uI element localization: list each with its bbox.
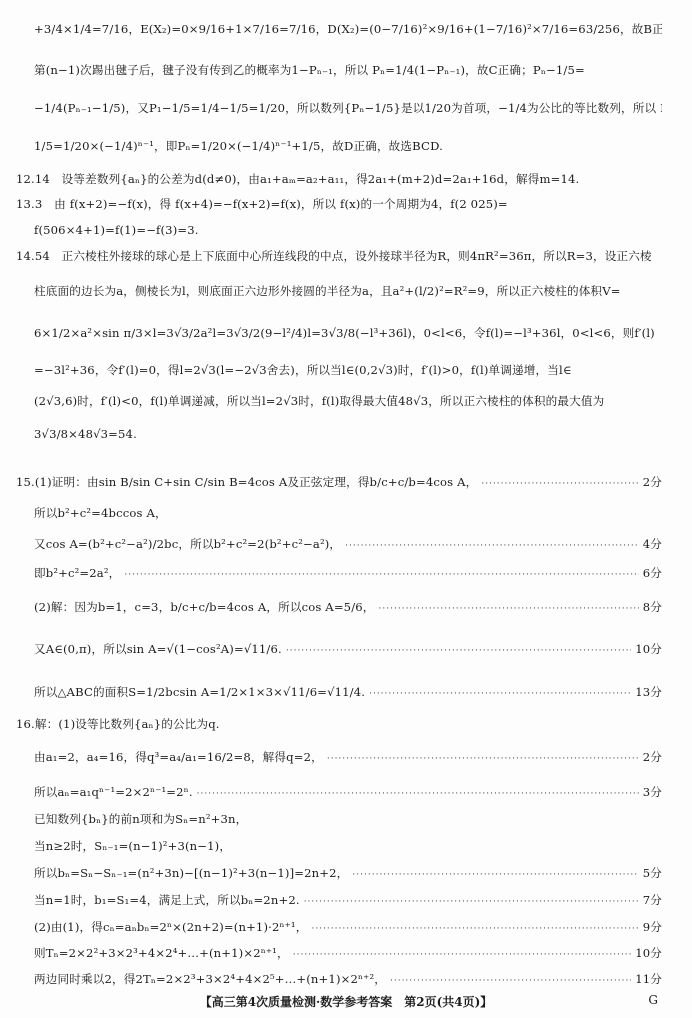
solution-line: 6×1/2×a²×sin π/3×l=3√3/2a²l=3√3/2(9−l²/4… bbox=[34, 326, 662, 340]
step-text: 16.解：(1)设等比数列{aₙ}的公比为q. bbox=[16, 717, 220, 731]
dot-leader bbox=[327, 752, 639, 766]
scored-line: 又A∈(0,π)，所以sin A=√(1−cos²A)=√11/6.10分 bbox=[34, 642, 662, 658]
step-text: 又cos A=(b²+c²−a²)/2bc，所以b²+c²=2(b²+c²−a²… bbox=[34, 537, 341, 551]
solution-line: 第(n−1)次踢出毽子后，毽子没有传到乙的概率为1−Pₙ₋₁，所以 Pₙ=1/4… bbox=[34, 63, 662, 77]
scored-line: 所以aₙ=a₁qⁿ⁻¹=2×2ⁿ⁻¹=2ⁿ.3分 bbox=[34, 785, 662, 801]
scored-line: 所以b²+c²=4bccos A， bbox=[34, 506, 662, 520]
dot-leader bbox=[286, 644, 631, 658]
dot-leader bbox=[311, 922, 638, 936]
score-mark: 11分 bbox=[635, 972, 662, 986]
step-text: 由a₁=2，a₄=16，得q³=a₄/a₁=16/2=8，解得q=2， bbox=[34, 750, 323, 764]
dot-leader bbox=[481, 477, 638, 491]
scored-line: 当n=1时，b₁=S₁=4，满足上式，所以bₙ=2n+2.7分 bbox=[34, 893, 662, 909]
solution-line: 1/5=1/20×(−1/4)ⁿ⁻¹，即Pₙ=1/20×(−1/4)ⁿ⁻¹+1/… bbox=[34, 139, 662, 153]
dot-leader bbox=[390, 974, 631, 988]
solution-line: +3/4×1/4=7/16，E(X₂)=0×9/16+1×7/16=7/16，D… bbox=[34, 22, 662, 36]
step-text: 即b²+c²=2a²， bbox=[34, 566, 120, 580]
score-mark: 5分 bbox=[643, 866, 662, 880]
score-mark: 10分 bbox=[635, 946, 662, 960]
answer-key-page: +3/4×1/4=7/16，E(X₂)=0×9/16+1×7/16=7/16，D… bbox=[0, 0, 692, 1018]
step-text: 所以△ABC的面积S=1/2bcsin A=1/2×1×3×√11/6=√11/… bbox=[34, 685, 365, 699]
score-mark: 2分 bbox=[643, 475, 662, 489]
step-text: (2)解：因为b=1，c=3，b/c+c/b=4cos A，所以cos A=5/… bbox=[34, 600, 375, 614]
dot-leader bbox=[369, 687, 631, 701]
solution-line: 3√3/8×48√3=54. bbox=[34, 427, 662, 441]
step-text: 两边同时乘以2，得2Tₙ=2×2³+3×2⁴+4×2⁵+…+(n+1)×2ⁿ⁺²… bbox=[34, 972, 386, 986]
solution-line: (2√3,6)时，f′(l)<0，f(l)单调递减，所以当l=2√3时，f(l)… bbox=[34, 394, 662, 408]
step-text: 当n≥2时，Sₙ₋₁=(n−1)²+3(n−1)， bbox=[34, 839, 231, 853]
step-text: 又A∈(0,π)，所以sin A=√(1−cos²A)=√11/6. bbox=[34, 642, 282, 656]
solution-line: 13.3 由 f(x+2)=−f(x)，得 f(x+4)=−f(x+2)=f(x… bbox=[16, 197, 662, 211]
step-text: 则Tₙ=2×2²+3×2³+4×2⁴+…+(n+1)×2ⁿ⁺¹， bbox=[34, 946, 289, 960]
scored-line: 又cos A=(b²+c²−a²)/2bc，所以b²+c²=2(b²+c²−a²… bbox=[34, 537, 662, 553]
solution-line: =−3l²+36，令f′(l)=0，得l=2√3(l=−2√3舍去)，所以当l∈… bbox=[34, 363, 662, 377]
scored-line: 15.(1)证明：由sin B/sin C+sin C/sin B=4cos A… bbox=[16, 475, 662, 491]
step-text: 所以aₙ=a₁qⁿ⁻¹=2×2ⁿ⁻¹=2ⁿ. bbox=[34, 785, 193, 799]
solution-line: −1/4(Pₙ₋₁−1/5)，又P₁−1/5=1/4−1/5=1/20，所以数列… bbox=[34, 101, 662, 115]
dot-leader bbox=[197, 787, 639, 801]
score-mark: 3分 bbox=[643, 785, 662, 799]
scored-line: (2)解：因为b=1，c=3，b/c+c/b=4cos A，所以cos A=5/… bbox=[34, 600, 662, 616]
scored-line: 所以bₙ=Sₙ−Sₙ₋₁=(n²+3n)−[(n−1)²+3(n−1)]=2n+… bbox=[34, 866, 662, 882]
dot-leader bbox=[352, 868, 638, 882]
score-mark: 8分 bbox=[643, 600, 662, 614]
scored-line: 即b²+c²=2a²，6分 bbox=[34, 566, 662, 582]
scored-line: 由a₁=2，a₄=16，得q³=a₄/a₁=16/2=8，解得q=2，2分 bbox=[34, 750, 662, 766]
step-text: 当n=1时，b₁=S₁=4，满足上式，所以bₙ=2n+2. bbox=[34, 893, 300, 907]
dot-leader bbox=[304, 895, 639, 909]
scored-line: 两边同时乘以2，得2Tₙ=2×2³+3×2⁴+4×2⁵+…+(n+1)×2ⁿ⁺²… bbox=[34, 972, 662, 988]
step-text: 已知数列{bₙ}的前n项和为Sₙ=n²+3n， bbox=[34, 812, 247, 826]
step-text: 15.(1)证明：由sin B/sin C+sin C/sin B=4cos A… bbox=[16, 475, 477, 489]
solution-line: 14.54 正六棱柱外接球的球心是上下底面中心所连线段的中点，设外接球半径为R，… bbox=[16, 249, 662, 263]
scored-line: (2)由(1)，得cₙ=aₙbₙ=2ⁿ×(2n+2)=(n+1)·2ⁿ⁺¹，9分 bbox=[34, 920, 662, 936]
score-mark: 4分 bbox=[643, 537, 662, 551]
footer-version-code: G bbox=[648, 993, 658, 1007]
score-mark: 7分 bbox=[643, 893, 662, 907]
dot-leader bbox=[124, 568, 638, 582]
scored-line: 16.解：(1)设等比数列{aₙ}的公比为q. bbox=[16, 717, 662, 731]
footer-title: 【高三第4次质量检测·数学参考答案 第2页(共4页)】 bbox=[0, 993, 692, 1010]
solution-line: 柱底面的边长为a，侧棱长为l，则底面正六边形外接圆的半径为a，且a²+(l/2)… bbox=[34, 284, 662, 298]
score-mark: 13分 bbox=[635, 685, 662, 699]
scored-line: 则Tₙ=2×2²+3×2³+4×2⁴+…+(n+1)×2ⁿ⁺¹，10分 bbox=[34, 946, 662, 962]
scored-line: 当n≥2时，Sₙ₋₁=(n−1)²+3(n−1)， bbox=[34, 839, 662, 853]
score-mark: 2分 bbox=[643, 750, 662, 764]
step-text: 所以b²+c²=4bccos A， bbox=[34, 506, 167, 520]
score-mark: 10分 bbox=[635, 642, 662, 656]
scored-line: 所以△ABC的面积S=1/2bcsin A=1/2×1×3×√11/6=√11/… bbox=[34, 685, 662, 701]
score-mark: 9分 bbox=[643, 920, 662, 934]
step-text: 所以bₙ=Sₙ−Sₙ₋₁=(n²+3n)−[(n−1)²+3(n−1)]=2n+… bbox=[34, 866, 348, 880]
score-mark: 6分 bbox=[643, 566, 662, 580]
step-text: (2)由(1)，得cₙ=aₙbₙ=2ⁿ×(2n+2)=(n+1)·2ⁿ⁺¹， bbox=[34, 920, 307, 934]
dot-leader bbox=[379, 602, 639, 616]
dot-leader bbox=[293, 948, 631, 962]
solution-line: 12.14 设等差数列{aₙ}的公差为d(d≠0)，由a₁+aₘ=a₂+a₁₁，… bbox=[16, 172, 662, 186]
scored-line: 已知数列{bₙ}的前n项和为Sₙ=n²+3n， bbox=[34, 812, 662, 826]
solution-line: f(506×4+1)=f(1)=−f(3)=3. bbox=[34, 223, 662, 237]
dot-leader bbox=[345, 539, 639, 553]
